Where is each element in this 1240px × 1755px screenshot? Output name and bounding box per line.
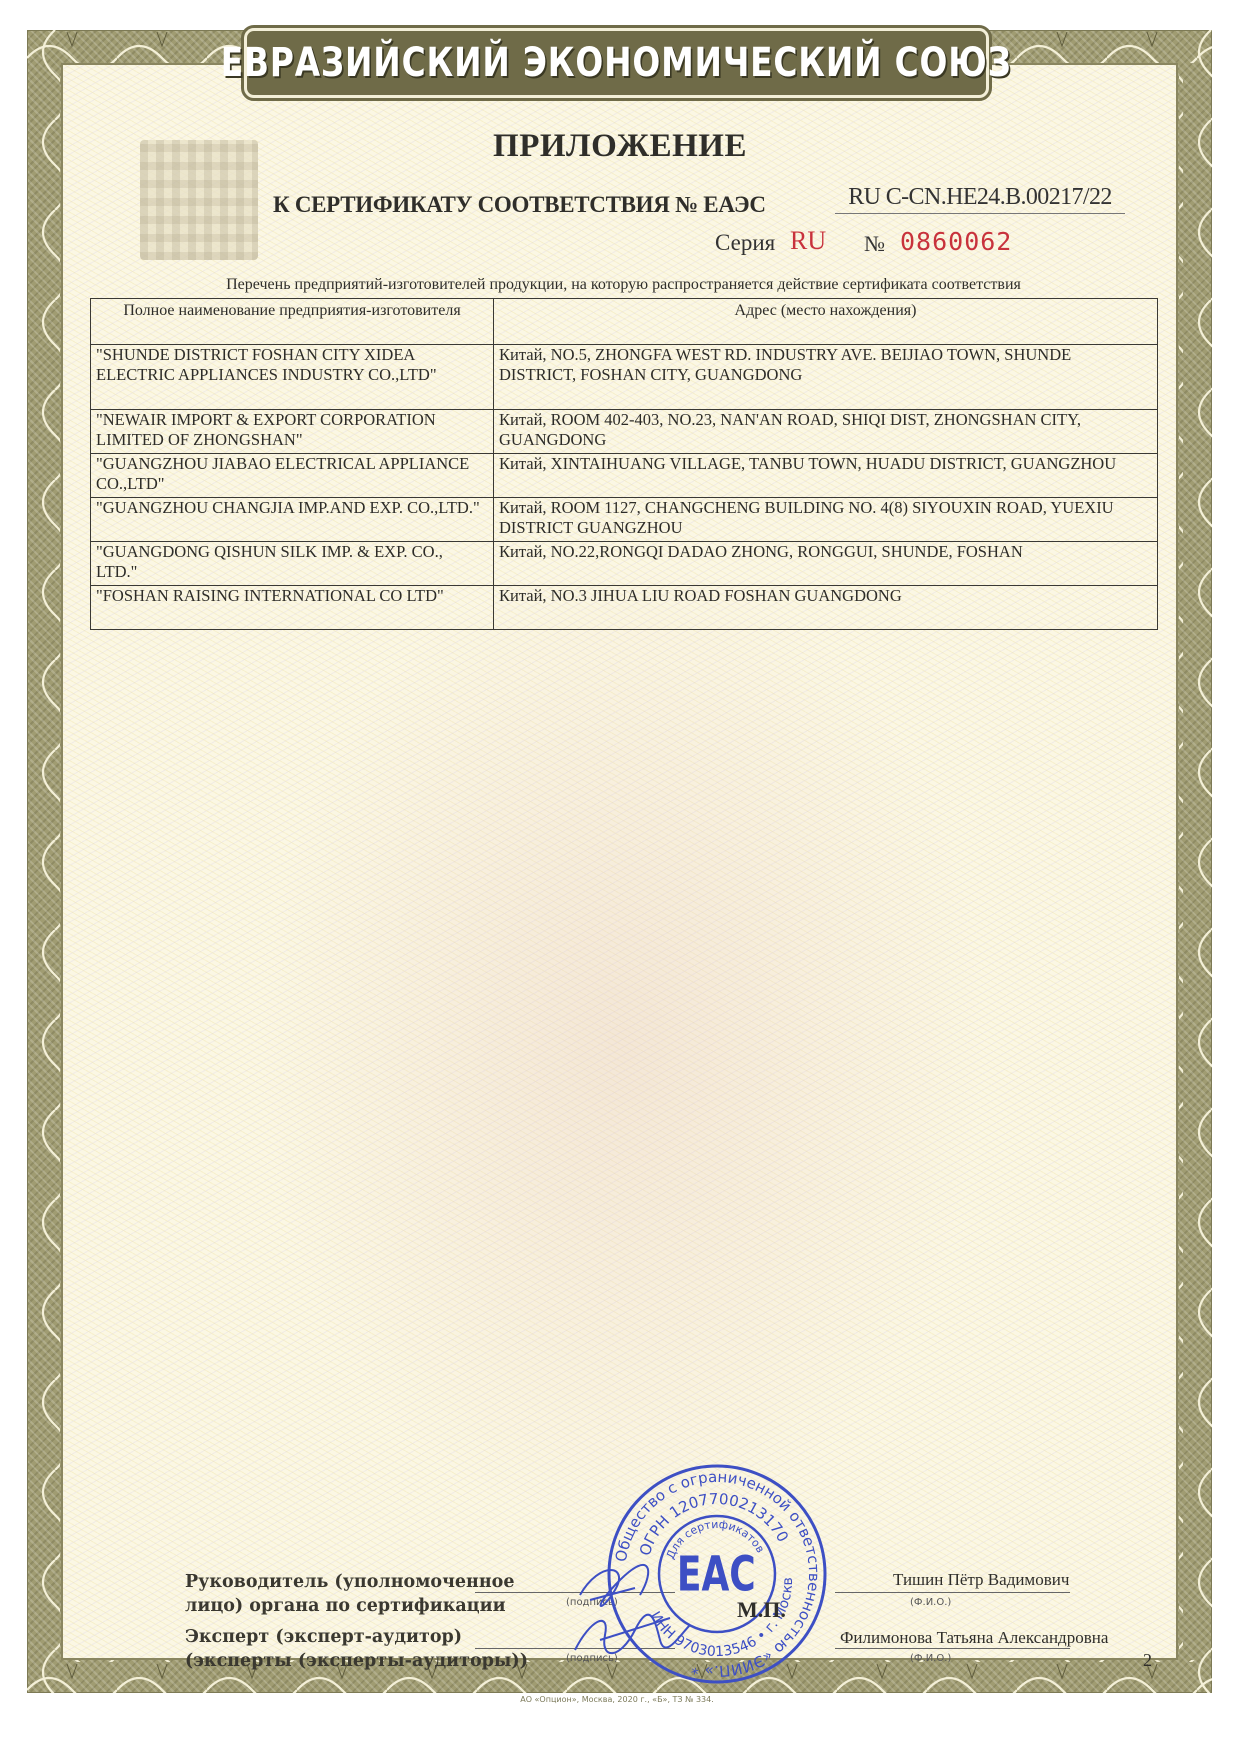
- column-header-name: Полное наименование предприятия-изготови…: [91, 299, 494, 345]
- manufacturer-name: "GUANGDONG QISHUN SILK IMP. & EXP. CO., …: [91, 542, 494, 586]
- expert-name-line: [835, 1648, 1070, 1649]
- table-row: "NEWAIR IMPORT & EXPORT CORPORATION LIMI…: [91, 410, 1158, 454]
- manufacturer-address: Китай, ROOM 402-403, NO.23, NAN'AN ROAD,…: [494, 410, 1158, 454]
- certificate-number: RU C-CN.HE24.B.00217/22: [835, 184, 1125, 214]
- seal-mark: М.П.: [737, 1597, 786, 1623]
- annex-title: ПРИЛОЖЕНИЕ: [0, 128, 1240, 165]
- manufacturer-name: "NEWAIR IMPORT & EXPORT CORPORATION LIMI…: [91, 410, 494, 454]
- manufacturers-table: Полное наименование предприятия-изготови…: [90, 298, 1158, 630]
- head-name-caption: (Ф.И.О.): [910, 1597, 951, 1608]
- expert-name-caption: (Ф.И.О.): [910, 1653, 951, 1664]
- manufacturer-name: "GUANGZHOU CHANGJIA IMP.AND EXP. CO.,LTD…: [91, 498, 494, 542]
- head-name-line: [835, 1592, 1070, 1593]
- manufacturers-caption: Перечень предприятий-изготовителей проду…: [90, 276, 1157, 294]
- svg-text:ЕАС: ЕАС: [677, 1548, 756, 1603]
- expert-role-label: Эксперт (эксперт-аудитор) (эксперты (экс…: [185, 1625, 528, 1673]
- manufacturer-address: Китай, NO.3 JIHUA LIU ROAD FOSHAN GUANGD…: [494, 586, 1158, 630]
- printer-imprint: АО «Опцион», Москва, 2020 г., «Б», ТЗ № …: [512, 1693, 722, 1706]
- manufacturer-name: "GUANGZHOU JIABAO ELECTRICAL APPLIANCE C…: [91, 454, 494, 498]
- expert-role-line-2: (эксперты (эксперты-аудиторы)): [185, 1649, 528, 1673]
- expert-full-name: Филимонова Татьяна Александровна: [840, 1628, 1108, 1648]
- union-plaque: ЕВРАЗИЙСКИЙ ЭКОНОМИЧЕСКИЙ СОЮЗ: [244, 28, 989, 98]
- head-full-name: Тишин Пётр Вадимович: [893, 1570, 1069, 1590]
- round-seal-icon: Общество с ограниченной ответственностью…: [602, 1461, 832, 1687]
- table-row: "GUANGZHOU JIABAO ELECTRICAL APPLIANCE C…: [91, 454, 1158, 498]
- table-row: "FOSHAN RAISING INTERNATIONAL CO LTD" Ки…: [91, 586, 1158, 630]
- table-row: "GUANGDONG QISHUN SILK IMP. & EXP. CO., …: [91, 542, 1158, 586]
- manufacturer-address: Китай, NO.5, ZHONGFA WEST RD. INDUSTRY A…: [494, 345, 1158, 410]
- table-header-row: Полное наименование предприятия-изготови…: [91, 299, 1158, 345]
- manufacturer-address: Китай, ROOM 1127, CHANGCHENG BUILDING NO…: [494, 498, 1158, 542]
- certificate-label: К СЕРТИФИКАТУ СООТВЕТСТВИЯ № ЕАЭС: [273, 192, 766, 218]
- table-row: "SHUNDE DISTRICT FOSHAN CITY XIDEA ELECT…: [91, 345, 1158, 410]
- head-role-line-1: Руководитель (уполномоченное: [185, 1570, 514, 1594]
- manufacturer-address: Китай, NO.22,RONGQI DADAO ZHONG, RONGGUI…: [494, 542, 1158, 586]
- head-role-label: Руководитель (уполномоченное лицо) орган…: [185, 1570, 514, 1618]
- union-title: ЕВРАЗИЙСКИЙ ЭКОНОМИЧЕСКИЙ СОЮЗ: [221, 40, 1012, 86]
- series-value: RU: [790, 226, 826, 256]
- series-label: Серия: [715, 230, 775, 256]
- number-label: №: [864, 231, 885, 257]
- table-row: "GUANGZHOU CHANGJIA IMP.AND EXP. CO.,LTD…: [91, 498, 1158, 542]
- manufacturer-name: "FOSHAN RAISING INTERNATIONAL CO LTD": [91, 586, 494, 630]
- manufacturer-name: "SHUNDE DISTRICT FOSHAN CITY XIDEA ELECT…: [91, 345, 494, 410]
- page-number: 2: [1143, 1650, 1152, 1671]
- form-serial-number: 0860062: [900, 227, 1012, 256]
- manufacturer-address: Китай, XINTAIHUANG VILLAGE, TANBU TOWN, …: [494, 454, 1158, 498]
- expert-role-line-1: Эксперт (эксперт-аудитор): [185, 1625, 528, 1649]
- head-role-line-2: лицо) органа по сертификации: [185, 1594, 514, 1618]
- column-header-address: Адрес (место нахождения): [494, 299, 1158, 345]
